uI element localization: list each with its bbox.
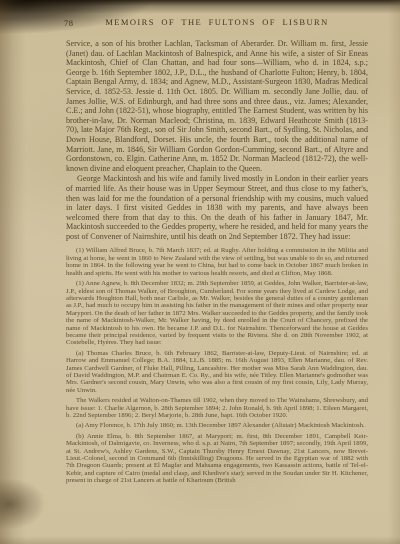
- entry-walkers-issue: The Walkers resided at Walton-on-Thames …: [66, 397, 368, 419]
- page-number: 78: [64, 18, 74, 28]
- page-header: 78 MEMOIRS OF THE FULTONS OF LISBURN: [66, 17, 368, 30]
- paragraph-george-mackintosh: George Mackintosh and his wife and famil…: [66, 174, 368, 241]
- scan-blotch-bottom-left: [0, 478, 46, 530]
- book-page-scan: 78 MEMOIRS OF THE FULTONS OF LISBURN Ser…: [0, 0, 400, 544]
- scan-shadow-top: [0, 0, 400, 14]
- paragraph-continuation: Service, a son of his brother Lachlan, T…: [66, 39, 368, 173]
- entry-anne-agnew: (1) Anne Agnew, b. 8th December 1832; m.…: [66, 280, 368, 347]
- running-title: MEMOIRS OF THE FULTONS OF LISBURN: [66, 17, 368, 27]
- scan-shadow-bottom: [0, 536, 400, 544]
- page-text-block: 78 MEMOIRS OF THE FULTONS OF LISBURN Ser…: [66, 17, 368, 485]
- entry-thomas-charles-bruce: (a) Thomas Charles Bruce, b. 6th Februar…: [66, 350, 368, 394]
- scan-shadow-left: [0, 0, 26, 544]
- scan-shadow-right: [388, 0, 400, 544]
- entry-william-alfred-bruce: (1) William Alfred Bruce, b. 7th March 1…: [66, 247, 368, 277]
- entry-amy-florence: (a) Amy Florence, b. 17th July 1860; m. …: [66, 422, 368, 429]
- entry-annie-elma: (b) Annie Elma, b. 8th September 1867, a…: [66, 433, 368, 485]
